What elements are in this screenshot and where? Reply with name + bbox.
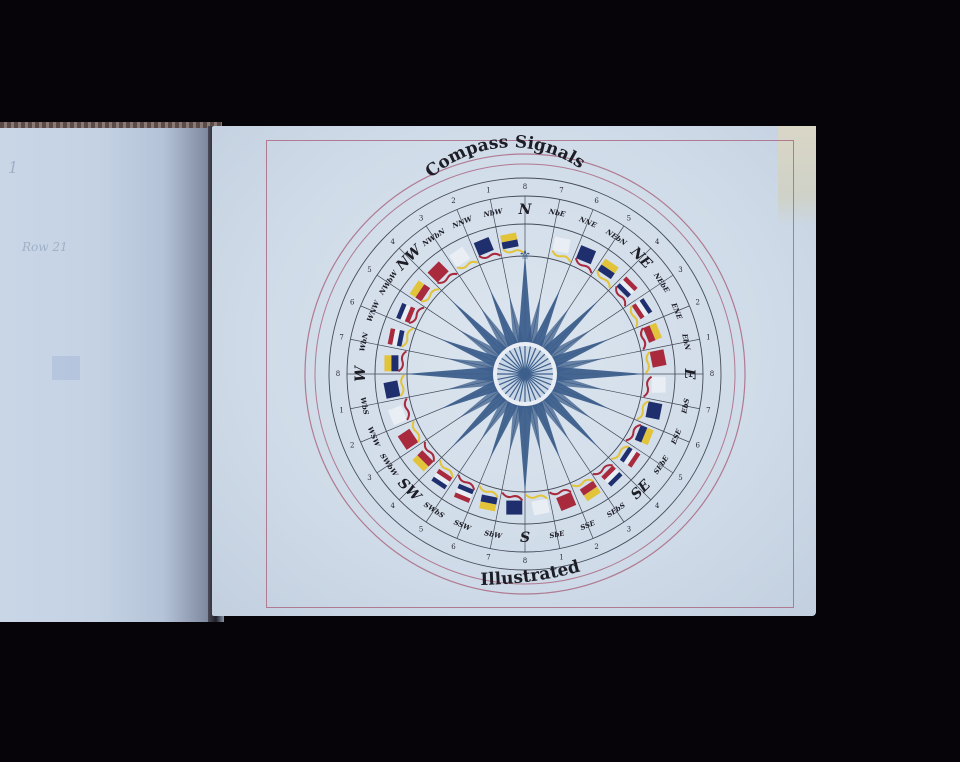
svg-text:N: N	[518, 202, 533, 218]
svg-text:SbE: SbE	[549, 528, 566, 540]
svg-text:EbS: EbS	[679, 398, 691, 416]
svg-text:8: 8	[523, 183, 527, 191]
svg-text:SSE: SSE	[579, 518, 597, 532]
svg-text:S: S	[520, 530, 530, 546]
svg-text:ENE: ENE	[669, 301, 684, 322]
svg-text:NNE: NNE	[577, 214, 599, 230]
svg-text:SW: SW	[394, 475, 424, 505]
svg-text:8: 8	[523, 557, 527, 565]
svg-text:3: 3	[627, 525, 631, 533]
svg-text:WSW: WSW	[366, 425, 383, 449]
svg-text:WbS: WbS	[358, 396, 370, 415]
svg-text:SSW: SSW	[452, 517, 473, 533]
svg-text:5: 5	[627, 215, 631, 223]
svg-text:NbE: NbE	[547, 206, 567, 218]
svg-text:7: 7	[706, 406, 710, 414]
svg-text:8: 8	[710, 370, 714, 378]
svg-text:2: 2	[350, 442, 354, 450]
svg-text:7: 7	[486, 553, 490, 561]
svg-text:8: 8	[336, 370, 340, 378]
svg-text:NWbW: NWbW	[376, 268, 400, 297]
svg-text:WNW: WNW	[365, 298, 382, 323]
svg-text:6: 6	[594, 197, 599, 205]
svg-text:4: 4	[655, 502, 660, 510]
svg-text:NbW: NbW	[482, 206, 505, 219]
svg-text:NEbN: NEbN	[603, 227, 628, 248]
svg-text:SWbW: SWbW	[378, 452, 400, 479]
svg-text:1: 1	[559, 553, 563, 561]
svg-text:7: 7	[559, 187, 563, 195]
svg-text:2: 2	[696, 298, 700, 306]
svg-text:1: 1	[339, 406, 343, 414]
svg-text:EbN: EbN	[680, 332, 692, 352]
svg-text:6: 6	[350, 298, 355, 306]
svg-text:1: 1	[486, 187, 490, 195]
svg-text:2: 2	[594, 543, 598, 551]
svg-text:⚜: ⚜	[519, 248, 532, 264]
title-compass-signals: Compass Signals	[422, 132, 589, 182]
svg-text:4: 4	[391, 238, 396, 246]
svg-text:SEbE: SEbE	[651, 453, 670, 476]
svg-text:SbW: SbW	[483, 528, 503, 541]
compass-diagram: ⚜ NNbENNENEbNNENEbEENEEbNEEbSESESEbESESE…	[0, 0, 960, 762]
svg-text:6: 6	[451, 543, 456, 551]
svg-text:WbN: WbN	[357, 331, 370, 352]
svg-text:3: 3	[678, 266, 682, 274]
title-illustrated: Illustrated	[480, 557, 582, 590]
svg-text:NWbN: NWbN	[420, 226, 448, 249]
svg-text:ESE: ESE	[669, 427, 684, 447]
svg-text:4: 4	[391, 502, 396, 510]
svg-text:NEbE: NEbE	[651, 270, 672, 295]
svg-text:NNW: NNW	[450, 213, 475, 230]
svg-text:4: 4	[655, 238, 660, 246]
svg-text:5: 5	[367, 266, 371, 274]
svg-text:SWbS: SWbS	[422, 500, 446, 520]
svg-text:2: 2	[451, 197, 455, 205]
svg-text:1: 1	[706, 334, 710, 342]
svg-text:6: 6	[696, 442, 701, 450]
svg-text:7: 7	[339, 334, 343, 342]
svg-text:5: 5	[678, 474, 682, 482]
svg-text:3: 3	[367, 474, 371, 482]
svg-text:5: 5	[419, 525, 423, 533]
svg-text:W: W	[353, 365, 369, 382]
svg-text:3: 3	[419, 215, 423, 223]
photo-scene: 1 Row 21 ⚜ NNbENNENEbNNENEbEENEEbNEEbSES…	[0, 0, 960, 762]
svg-text:SEbS: SEbS	[605, 501, 627, 520]
svg-text:E: E	[681, 368, 697, 380]
